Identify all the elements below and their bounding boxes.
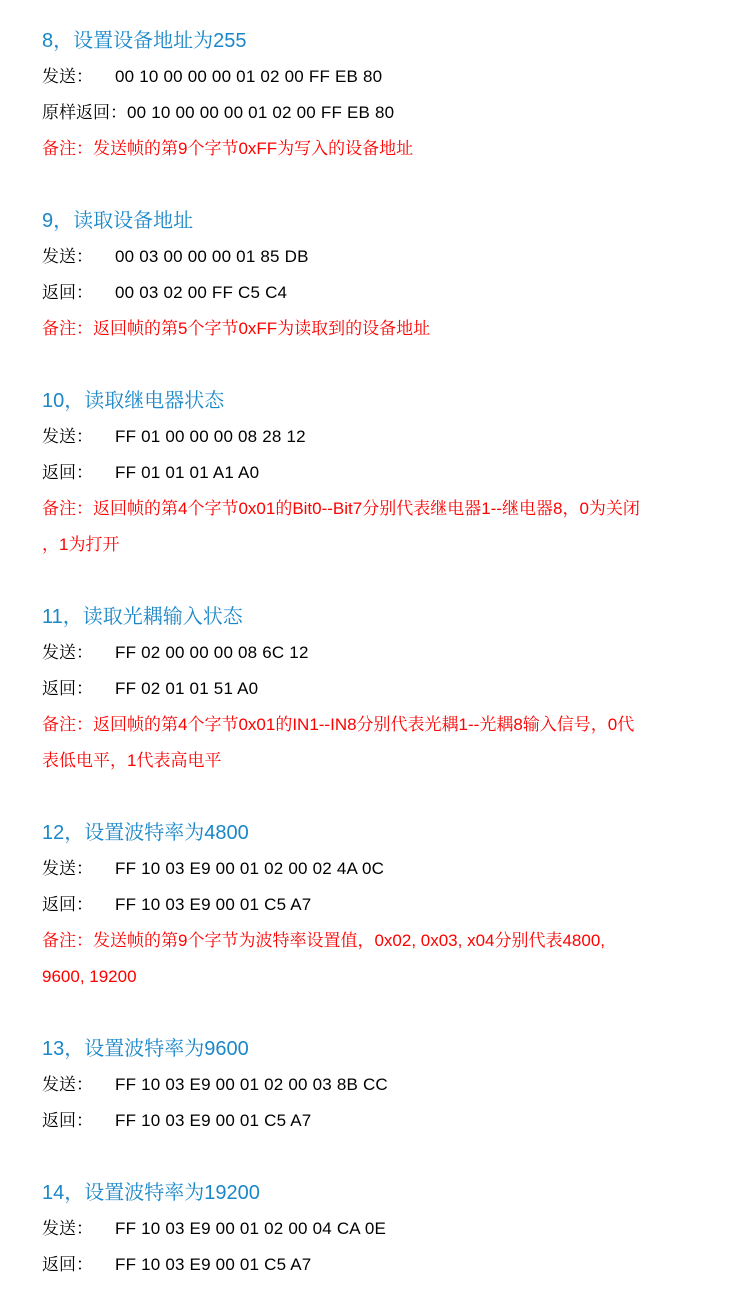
note-line: 备注：返回帧的第4个字节0x01的Bit0--Bit7分别代表继电器1--继电器…: [42, 491, 710, 527]
frame-row-value: FF 01 01 01 A1 A0: [115, 455, 259, 491]
note-line: 备注：返回帧的第5个字节0xFF为读取到的设备地址: [42, 311, 710, 347]
note-line: 备注：发送帧的第9个字节为波特率设置值，0x02, 0x03, x04分别代表4…: [42, 923, 710, 959]
frame-row-send: 发送： FF 10 03 E9 00 01 02 00 02 4A 0C: [42, 851, 710, 887]
section-set-device-address-255: 8，设置设备地址为255 发送： 00 10 00 00 00 01 02 00…: [42, 23, 710, 167]
frame-row-value: FF 10 03 E9 00 01 02 00 02 4A 0C: [115, 851, 384, 887]
section-set-baudrate-4800: 12，设置波特率为4800 发送： FF 10 03 E9 00 01 02 0…: [42, 815, 710, 995]
section-read-device-address: 9，读取设备地址 发送： 00 03 00 00 00 01 85 DB 返回：…: [42, 203, 710, 347]
frame-row-send: 发送： FF 02 00 00 00 08 6C 12: [42, 635, 710, 671]
frame-row-value: FF 10 03 E9 00 01 C5 A7: [115, 1247, 311, 1283]
frame-row-return: 返回： 00 03 02 00 FF C5 C4: [42, 275, 710, 311]
frame-row-value: FF 02 00 00 00 08 6C 12: [115, 635, 309, 671]
frame-row-send: 发送： FF 10 03 E9 00 01 02 00 03 8B CC: [42, 1067, 710, 1103]
frame-row-value: 00 03 00 00 00 01 85 DB: [115, 239, 309, 275]
note-line: 备注：发送帧的第9个字节0xFF为写入的设备地址: [42, 131, 710, 167]
frame-row-return: 原样返回： 00 10 00 00 00 01 02 00 FF EB 80: [42, 95, 710, 131]
frame-row-value: FF 02 01 01 51 A0: [115, 671, 258, 707]
frame-row-label: 原样返回：: [42, 95, 127, 131]
frame-row-value: FF 10 03 E9 00 01 C5 A7: [115, 1103, 311, 1139]
frame-row-label: 发送：: [42, 1211, 115, 1247]
frame-row-label: 返回：: [42, 887, 115, 923]
frame-row-label: 返回：: [42, 455, 115, 491]
section-title: 11，读取光耦输入状态: [42, 599, 710, 635]
frame-row-value: 00 10 00 00 00 01 02 00 FF EB 80: [115, 59, 382, 95]
frame-row-return: 返回： FF 02 01 01 51 A0: [42, 671, 710, 707]
frame-row-label: 返回：: [42, 1247, 115, 1283]
frame-row-return: 返回： FF 10 03 E9 00 01 C5 A7: [42, 887, 710, 923]
note-line: 表低电平，1代表高电平: [42, 743, 710, 779]
frame-row-send: 发送： 00 10 00 00 00 01 02 00 FF EB 80: [42, 59, 710, 95]
section-set-baudrate-19200: 14，设置波特率为19200 发送： FF 10 03 E9 00 01 02 …: [42, 1175, 710, 1283]
frame-row-send: 发送： FF 10 03 E9 00 01 02 00 04 CA 0E: [42, 1211, 710, 1247]
frame-row-value: FF 10 03 E9 00 01 02 00 04 CA 0E: [115, 1211, 386, 1247]
section-title: 8，设置设备地址为255: [42, 23, 710, 59]
section-title: 12，设置波特率为4800: [42, 815, 710, 851]
section-title: 13，设置波特率为9600: [42, 1031, 710, 1067]
frame-row-label: 返回：: [42, 671, 115, 707]
section-read-relay-status: 10，读取继电器状态 发送： FF 01 00 00 00 08 28 12 返…: [42, 383, 710, 563]
frame-row-return: 返回： FF 01 01 01 A1 A0: [42, 455, 710, 491]
note-line: 9600, 19200: [42, 959, 710, 995]
section-set-baudrate-9600: 13，设置波特率为9600 发送： FF 10 03 E9 00 01 02 0…: [42, 1031, 710, 1139]
note-line: 备注：返回帧的第4个字节0x01的IN1--IN8分别代表光耦1--光耦8输入信…: [42, 707, 710, 743]
frame-row-label: 发送：: [42, 419, 115, 455]
section-title: 9，读取设备地址: [42, 203, 710, 239]
section-read-optocoupler-input-status: 11，读取光耦输入状态 发送： FF 02 00 00 00 08 6C 12 …: [42, 599, 710, 779]
frame-row-label: 发送：: [42, 239, 115, 275]
section-title: 14，设置波特率为19200: [42, 1175, 710, 1211]
frame-row-send: 发送： 00 03 00 00 00 01 85 DB: [42, 239, 710, 275]
frame-row-label: 发送：: [42, 851, 115, 887]
frame-row-label: 发送：: [42, 1067, 115, 1103]
frame-row-value: FF 10 03 E9 00 01 02 00 03 8B CC: [115, 1067, 388, 1103]
frame-row-value: 00 10 00 00 00 01 02 00 FF EB 80: [127, 95, 394, 131]
frame-row-send: 发送： FF 01 00 00 00 08 28 12: [42, 419, 710, 455]
frame-row-label: 返回：: [42, 1103, 115, 1139]
frame-row-value: FF 01 00 00 00 08 28 12: [115, 419, 306, 455]
frame-row-return: 返回： FF 10 03 E9 00 01 C5 A7: [42, 1247, 710, 1283]
frame-row-value: FF 10 03 E9 00 01 C5 A7: [115, 887, 311, 923]
frame-row-label: 返回：: [42, 275, 115, 311]
frame-row-value: 00 03 02 00 FF C5 C4: [115, 275, 287, 311]
frame-row-return: 返回： FF 10 03 E9 00 01 C5 A7: [42, 1103, 710, 1139]
frame-row-label: 发送：: [42, 635, 115, 671]
manual-page: 8，设置设备地址为255 发送： 00 10 00 00 00 01 02 00…: [0, 0, 750, 1309]
command-reference-document: 8，设置设备地址为255 发送： 00 10 00 00 00 01 02 00…: [0, 0, 750, 1283]
note-line: ，1为打开: [42, 527, 710, 563]
frame-row-label: 发送：: [42, 59, 115, 95]
section-title: 10，读取继电器状态: [42, 383, 710, 419]
